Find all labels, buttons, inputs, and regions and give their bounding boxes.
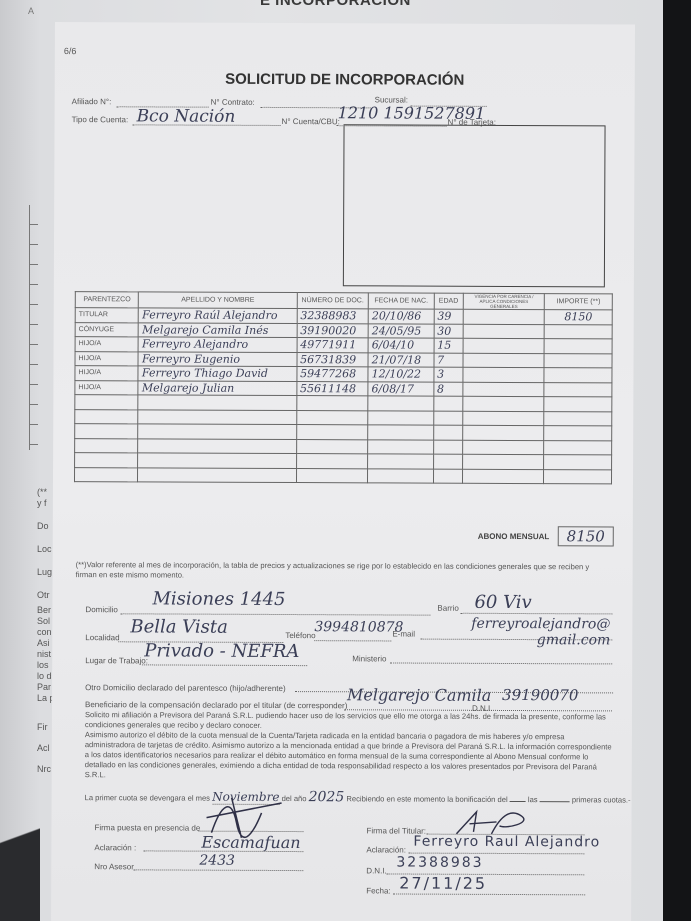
cell-fecha[interactable]: 6/08/17 [368,381,434,396]
asesor-line [133,869,303,871]
dni-field[interactable]: 32388983 [396,854,483,870]
cell-doc[interactable]: 39190020 [297,323,369,338]
dni-label: D.N.I. [366,866,386,875]
cuenta-label: N° Cuenta/CBU: [282,117,340,126]
footnote: (**)Valor referente al mes de incorporac… [76,560,611,582]
cell-edad[interactable]: 15 [434,338,463,353]
photo-box [343,124,606,287]
cell-importe[interactable] [544,411,612,426]
shadow [0,780,40,921]
family-table: PARENTEZCO APELLIDO Y NOMBRE NÚMERO DE D… [74,291,613,484]
cell-vigencia[interactable] [463,367,545,382]
col-parentezco: PARENTEZCO [75,292,139,308]
barrio-line [460,613,612,615]
cell-parentezco [75,453,139,468]
cell-vigencia[interactable] [463,396,545,411]
tipo-cuenta-label: Tipo de Cuenta: [72,115,129,124]
cell-fecha[interactable] [368,410,434,425]
background-table-edge [29,205,38,450]
cell-doc[interactable]: 32388983 [297,309,369,324]
cell-doc[interactable]: 56731839 [297,352,369,367]
cell-vigencia[interactable] [463,382,545,397]
aclaracion-left-field[interactable]: Escamafuan [201,833,300,852]
cell-edad[interactable] [433,469,462,484]
cell-doc[interactable]: 59477268 [297,367,369,382]
beneficiario-field[interactable]: Melgarejo Camila [347,685,491,705]
barrio-field[interactable]: 60 Viv [474,592,531,613]
trabajo-field[interactable]: Privado - NEFRA [144,640,299,662]
cell-edad[interactable]: 8 [434,382,463,397]
cell-doc[interactable] [296,396,368,411]
cell-doc[interactable] [296,468,368,483]
cuota-anio-field[interactable]: 2025 [309,789,345,805]
cell-fecha[interactable] [368,454,434,469]
otro-domicilio-label: Otro Domicilio declarado del parentesco … [85,683,286,693]
cell-nombre[interactable]: Melgarejo Camila Inés [139,322,297,337]
affiliation-text: Solicito mi afiliación a Previsora del P… [85,710,615,732]
cell-vigencia[interactable] [463,338,545,353]
cell-vigencia[interactable] [463,353,545,368]
localidad-field[interactable]: Bella Vista [130,616,228,637]
bonif-from-field[interactable] [510,801,526,802]
cell-parentezco [75,395,139,410]
cell-fecha[interactable]: 12/10/22 [368,367,434,382]
cell-importe[interactable] [544,368,612,383]
cell-vigencia[interactable] [463,425,545,440]
cell-fecha[interactable]: 24/05/95 [368,323,434,338]
telefono-label: Teléfono [285,631,315,640]
cell-nombre[interactable]: Ferreyro Eugenio [138,351,296,366]
cell-edad[interactable] [433,440,462,455]
bonif-separator: las [528,795,538,804]
cell-importe[interactable]: 8150 [545,310,613,325]
cell-parentezco: HIJO/A [75,337,139,352]
first-installment-line: La primer cuota se devengara el mes Novi… [85,791,625,805]
cell-importe[interactable] [545,324,613,339]
cell-vigencia[interactable] [463,411,545,426]
cell-importe[interactable] [544,397,612,412]
ministerio-label: Ministerio [352,654,386,663]
cell-fecha[interactable]: 6/04/10 [368,338,434,353]
barrio-label: Barrio [437,604,458,613]
cell-parentezco [74,467,138,482]
cell-nombre[interactable] [138,409,296,424]
cell-doc[interactable] [296,439,368,454]
aclaracion-right-field[interactable]: Ferreyro Raul Alejandro [413,834,600,851]
background-fragment: (** [37,487,55,498]
cell-edad[interactable]: 7 [434,353,463,368]
cell-fecha[interactable]: 20/10/86 [368,309,434,324]
telefono-line [314,640,391,641]
fecha-label: Fecha: [366,886,391,895]
tipo-cuenta-field[interactable]: Bco Nación [137,106,236,126]
cell-importe[interactable] [544,455,612,470]
abono-mensual-field[interactable]: 8150 [558,526,614,546]
cell-edad[interactable]: 39 [434,309,463,324]
asesor-field[interactable]: 2433 [199,853,235,869]
col-edad: EDAD [434,293,463,309]
afiliado-label: Afiliado N°: [72,97,112,106]
background-corner-letter: A [28,6,34,16]
cell-edad[interactable]: 3 [434,367,463,382]
cell-nombre[interactable] [138,395,296,410]
cell-fecha[interactable] [368,439,434,454]
cell-importe[interactable] [544,469,612,484]
col-documento: NÚMERO DE DOC. [297,293,369,309]
cell-parentezco: HIJO/A [75,366,139,381]
domicilio-line [120,613,430,615]
cell-importe[interactable] [544,426,612,441]
cell-parentezco: HIJO/A [75,351,139,366]
cell-vigencia[interactable] [463,309,545,324]
cell-importe[interactable] [544,382,612,397]
aclaracion-left-label: Aclaración : [94,843,136,852]
aclaracion-right-label: Aclaración: [366,845,406,854]
domicilio-label: Domicilio [85,605,117,614]
cell-parentezco: TITULAR [75,308,139,323]
cell-parentezco [75,438,139,453]
cell-parentezco: CÓNYUGE [75,322,139,337]
cuota-prefix: La primer cuota se devengara el mes [85,793,210,803]
cell-parentezco: HIJO/A [75,380,139,395]
cell-doc[interactable]: 55611148 [297,381,369,396]
cell-importe[interactable] [544,440,612,455]
cell-vigencia[interactable] [462,440,544,455]
fecha-line [393,893,585,895]
table-surface [663,0,691,921]
cell-nombre[interactable]: Ferreyro Thiago David [138,366,296,381]
trabajo-label: Lugar de Trabajo: [85,656,148,665]
cell-edad[interactable]: 30 [434,324,463,339]
beneficiario-label: Beneficiario de la compensación declarad… [85,700,347,710]
contrato-label: N° Contrato: [211,98,255,107]
cell-fecha[interactable] [368,396,434,411]
cell-fecha[interactable]: 21/07/18 [368,352,434,367]
cell-nombre[interactable]: Ferreyro Raúl Alejandro [139,308,297,323]
localidad-label: Localidad [85,633,119,642]
cell-nombre[interactable]: Melgarejo Julian [138,380,296,395]
cell-nombre[interactable] [138,438,296,453]
cell-parentezco [75,424,139,439]
cell-edad[interactable] [433,411,462,426]
cell-vigencia[interactable] [462,454,544,469]
fecha-field[interactable]: 27/11/25 [399,874,487,893]
firma-presencia-label: Firma puesta en presencia de [94,823,200,832]
email-label: E-mail [392,629,415,638]
telefono-field[interactable]: 3994810878 [314,619,403,635]
page-number: 6/6 [64,46,77,56]
cell-nombre[interactable] [138,467,296,482]
cell-fecha[interactable] [368,468,434,483]
application-form: 6/6 SOLICITUD DE INCORPORACIÓN Afiliado … [51,22,635,921]
cell-vigencia[interactable] [462,469,544,484]
background-title-fragment: E INCORPORACIÓN [260,0,411,9]
col-importe: IMPORTE (**) [545,294,613,310]
cell-edad[interactable] [433,396,462,411]
asesor-label: Nro Asesor [94,862,134,871]
cell-doc[interactable] [296,454,368,469]
cell-parentezco [75,409,139,424]
debit-authorization-text: Asimismo autorizo el débito de la cuota … [85,730,615,782]
cell-nombre[interactable] [138,453,296,468]
trabajo-line [142,664,307,666]
cell-nombre[interactable]: Ferreyro Alejandro [139,337,297,352]
cell-fecha[interactable] [368,425,434,440]
cell-importe[interactable] [544,353,612,368]
cell-doc[interactable] [296,425,368,440]
col-vigencia: VIGENCIA POR CARENCIA / APLICA CONDICION… [463,293,545,309]
ministerio-field[interactable] [390,662,612,664]
cuota-suffix: Recibiendo en este momento la bonificaci… [346,794,507,804]
email-field[interactable]: ferreyroalejandro@ gmail.com [450,616,610,649]
cell-doc[interactable]: 49771911 [297,338,369,353]
abono-mensual-label: ABONO MENSUAL [478,532,550,541]
table-row [74,467,611,484]
col-nombre: APELLIDO Y NOMBRE [139,292,297,309]
cell-nombre[interactable] [138,424,296,439]
cell-edad[interactable] [433,454,462,469]
bonif-end: primeras cuotas.- [572,795,631,804]
page-title: SOLICITUD DE INCORPORACIÓN [55,70,635,90]
col-fecha-nac: FECHA DE NAC. [368,293,434,309]
cell-vigencia[interactable] [463,324,545,339]
bonif-to-field[interactable] [540,801,570,802]
beneficiario-dni-field[interactable]: 39190070 [502,686,578,704]
domicilio-field[interactable]: Misiones 1445 [152,588,285,610]
cell-importe[interactable] [545,339,613,354]
cell-doc[interactable] [296,410,368,425]
cell-edad[interactable] [433,425,462,440]
